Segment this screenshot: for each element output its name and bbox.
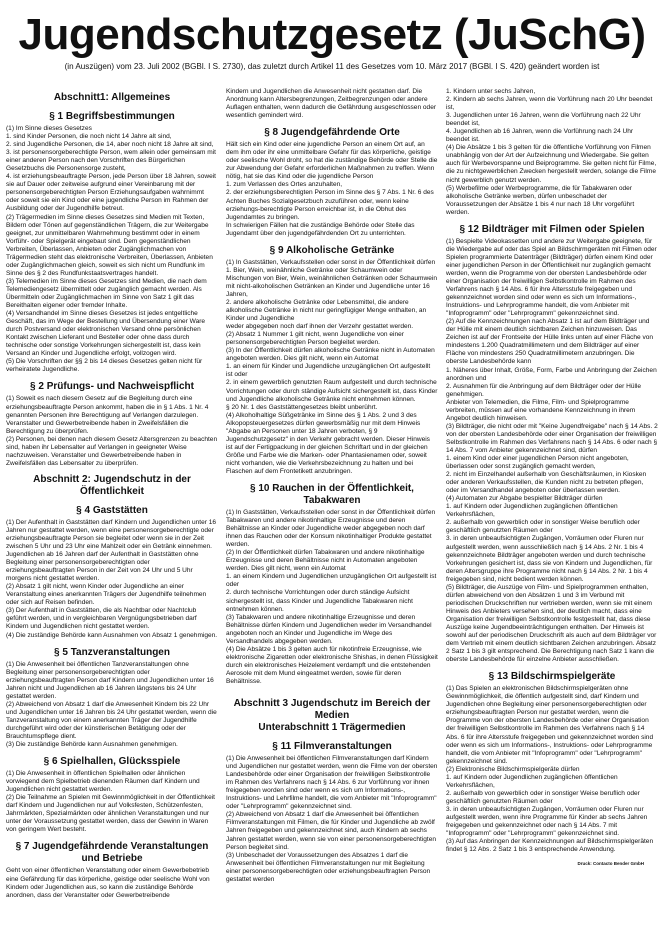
paragraph-10-text: (1) In Gaststätten, Verkaufsstellen oder…: [226, 509, 438, 686]
paragraph-heading-13: § 13 Bildschirmspielgeräte: [446, 671, 658, 683]
column-2: Kindern und Jugendlichen die Anwesenheit…: [226, 88, 438, 940]
text-line: 1. Kindern unter sechs Jahren,: [446, 88, 658, 96]
text-line: weder abgegeben noch darf ihnen der Verz…: [226, 323, 438, 331]
text-line: (5) Werbefilme oder Werbeprogramme, die …: [446, 185, 658, 217]
text-line: (3) Die zuständige Behörde kann Ausnahme…: [6, 741, 218, 749]
text-line: (1) Im Sinne dieses Gesetzes: [6, 125, 218, 133]
text-line: (4) Versandhandel im Sinne dieses Gesetz…: [6, 310, 218, 358]
section-heading-abschnitt-1: Abschnitt1: Allgemeines: [6, 92, 218, 104]
paragraph-heading-4: § 4 Gaststätten: [6, 505, 218, 517]
text-line: (3) In der Öffentlichkeit dürfen alkohol…: [226, 347, 438, 363]
text-line: (3) Unbeschadet der Voraussetzungen des …: [226, 852, 438, 884]
paragraph-9-text: (1) In Gaststätten, Verkaufsstellen oder…: [226, 259, 438, 476]
text-line: (5) Bildträger, die Auszüge von Film- un…: [446, 584, 658, 664]
text-line: (1) Die Anwesenheit in öffentlichen Spie…: [6, 770, 218, 794]
text-line: (1) In Gaststätten, Verkaufsstellen oder…: [226, 509, 438, 549]
text-line: 1. Näheres über Inhalt, Größe, Form, Far…: [446, 367, 658, 383]
text-line: (1) In Gaststätten, Verkaufsstellen oder…: [226, 259, 438, 267]
text-line: 2. außerhalb von gewerblich oder in sons…: [446, 790, 658, 806]
text-line: (1) Bespielte Videokassetten und andere …: [446, 238, 658, 318]
document-title: Jugendschutzgesetz (JuSchG): [0, 0, 664, 58]
paragraph-heading-8: § 8 Jugendgefährdende Orte: [226, 127, 438, 139]
section-heading-abschnitt-2: Abschnitt 2: Jugendschutz in der Öffentl…: [6, 474, 218, 498]
text-line: (4) Die Absätze 1 bis 3 gelten auch für …: [226, 646, 438, 686]
paragraph-heading-6: § 6 Spielhallen, Glücksspiele: [6, 756, 218, 768]
text-line: (2) Trägermedien im Sinne dieses Gesetze…: [6, 214, 218, 278]
text-line: (2) Personen, bei denen nach diesem Gese…: [6, 436, 218, 468]
paragraph-4-text: (1) Der Aufenthalt in Gaststätten darf K…: [6, 519, 218, 640]
paragraph-1-text: (1) Im Sinne dieses Gesetzes1. sind Kind…: [6, 125, 218, 374]
column-1: Abschnitt1: Allgemeines § 1 Begriffsbest…: [6, 88, 218, 940]
text-line: (2) Absatz 1 gilt nicht, wenn Kinder ode…: [6, 583, 218, 607]
text-line: 1. an einem für Kinder und Jugendliche u…: [226, 363, 438, 379]
paragraph-5-text: (1) Die Anwesenheit bei öffentlichen Tan…: [6, 661, 218, 750]
document-page: Jugendschutzgesetz (JuSchG) (in Auszügen…: [0, 0, 664, 940]
text-line: 3. in deren unbeaufsichtigten Zugängen, …: [446, 535, 658, 583]
paragraph-6-text: (1) Die Anwesenheit in öffentlichen Spie…: [6, 770, 218, 834]
text-line: (1) Soweit es nach diesem Gesetz auf die…: [6, 395, 218, 435]
text-line: (3) Bildträger, die nicht oder mit "Kein…: [446, 423, 658, 455]
paragraph-13-text: (1) Das Spielen an elektronischen Bildsc…: [446, 685, 658, 854]
text-line: 2. sind Jugendliche Personen, die 14, ab…: [6, 141, 218, 149]
text-line: 2. durch technische Vorrichtungen oder d…: [226, 589, 438, 613]
text-line: (1) Das Spielen an elektronischen Bildsc…: [446, 685, 658, 765]
text-line: (1) Die Anwesenheit bei öffentlichen Tan…: [6, 661, 218, 701]
paragraph-heading-5: § 5 Tanzveranstaltungen: [6, 647, 218, 659]
text-line: (2) Abweichend von Absatz 1 darf die Anw…: [6, 701, 218, 741]
paragraph-heading-11: § 11 Filmveranstaltungen: [226, 741, 438, 753]
text-line: § 20 Nr. 1 des Gaststättengesetzes bleib…: [226, 404, 438, 412]
paragraph-heading-12: § 12 Bildträger mit Filmen oder Spielen: [446, 224, 658, 236]
paragraph-8-text: Hält sich ein Kind oder eine jugendliche…: [226, 141, 438, 238]
text-line: (1) Die Anwesenheit bei öffentlichen Fil…: [226, 755, 438, 811]
text-line: (3) Auf das Anbringen der Kennzeichnunge…: [446, 838, 658, 854]
text-line: (4) Die zuständige Behörde kann Ausnahme…: [6, 632, 218, 640]
text-line: 1. auf Kindern oder Jugendlichen zugängl…: [446, 774, 658, 790]
text-line: 3. in deren unbeaufsichtigten Zugängen, …: [446, 806, 658, 838]
paragraph-7-text: Geht von einer öffentlichen Veranstaltun…: [6, 867, 218, 899]
text-line: In schwierigen Fällen hat die zuständige…: [226, 222, 438, 238]
text-line: (2) Abweichend von Absatz 1 darf die Anw…: [226, 811, 438, 851]
section-heading-abschnitt-3: Abschnitt 3 Jugendschutz im Bereich der …: [226, 698, 438, 722]
text-line: 2. andere alkoholische Getränke oder Leb…: [226, 299, 438, 323]
text-line: (3) Tabakwaren und andere nikotinhaltige…: [226, 614, 438, 646]
text-line: 1. sind Kinder Personen, die noch nicht …: [6, 133, 218, 141]
text-line: (3) Der Aufenthalt in Gaststätten, die a…: [6, 607, 218, 631]
document-subtitle: (in Auszügen) vom 23. Juli 2002 (BGBl. I…: [0, 61, 664, 72]
text-line: (2) Elektronische Bildschirmspielgeräte …: [446, 766, 658, 774]
paragraph-heading-7: § 7 Jugendgefährdende Veranstaltungen un…: [6, 841, 218, 865]
text-line: 2. in einem gewerblich genutzten Raum au…: [226, 379, 438, 403]
text-line: (4) Alkoholhaltige Süßgetränke im Sinne …: [226, 412, 438, 476]
text-line: 3. Jugendlichen unter 16 Jahren, wenn di…: [446, 112, 658, 128]
column-3: 1. Kindern unter sechs Jahren,2. Kindern…: [446, 88, 658, 940]
text-line: 1. Bier, Wein, weinähnliche Getränke ode…: [226, 267, 438, 299]
paragraph-11-continued: 1. Kindern unter sechs Jahren,2. Kindern…: [446, 88, 658, 217]
text-line: 2. Kindern ab sechs Jahren, wenn die Vor…: [446, 96, 658, 112]
paragraph-heading-9: § 9 Alkoholische Getränke: [226, 245, 438, 257]
text-line: (2) In der Öffentlichkeit dürfen Tabakwa…: [226, 549, 438, 573]
paragraph-7-continued: Kindern und Jugendlichen die Anwesenheit…: [226, 88, 438, 120]
subsection-heading-traegermedien: Unterabschnitt 1 Trägermedien: [226, 722, 438, 734]
text-line: 1. einem Kind oder einer jugendlichen Pe…: [446, 455, 658, 471]
text-line: (1) Der Aufenthalt in Gaststätten darf K…: [6, 519, 218, 583]
text-line: 1. an einem Kindern und Jugendlichen unz…: [226, 573, 438, 589]
printer-credit: Druck: Contacto Bender GmbH: [446, 860, 658, 868]
paragraph-heading-1: § 1 Begriffsbestimmungen: [6, 111, 218, 123]
text-line: 2. außerhalb von gewerblich oder in sons…: [446, 519, 658, 535]
text-line: (4) Die Absätze 1 bis 3 gelten für die ö…: [446, 144, 658, 184]
text-line: (4) Automaten zur Abgabe bespielter Bild…: [446, 495, 658, 503]
paragraph-heading-10: § 10 Rauchen in der Öffentlichkeit, Taba…: [226, 483, 438, 507]
text-line: 4. Jugendlichen ab 16 Jahren, wenn die V…: [446, 128, 658, 144]
text-line: (2) Absatz 1 Nummer 1 gilt nicht, wenn J…: [226, 331, 438, 347]
text-line: (3) Telemedien im Sinne dieses Gesetzes …: [6, 278, 218, 310]
paragraph-12-text: (1) Bespielte Videokassetten und andere …: [446, 238, 658, 664]
text-line: Anbieter von Telemedien, die Filme, Film…: [446, 399, 658, 423]
text-line: Hält sich ein Kind oder eine jugendliche…: [226, 141, 438, 181]
text-line: Geht von einer öffentlichen Veranstaltun…: [6, 867, 218, 899]
paragraph-heading-2: § 2 Prüfungs- und Nachweispflicht: [6, 381, 218, 393]
text-line: (5) Die Vorschriften der §§ 2 bis 14 die…: [6, 358, 218, 374]
text-line: 1. auf Kindern oder Jugendlichen zugängl…: [446, 503, 658, 519]
text-line: 2. Ausnahmen für die Anbringung auf dem …: [446, 383, 658, 399]
text-line: Kindern und Jugendlichen die Anwesenheit…: [226, 88, 438, 120]
text-line: 4. ist erziehungsbeauftragte Person, jed…: [6, 173, 218, 213]
paragraph-11-text: (1) Die Anwesenheit bei öffentlichen Fil…: [226, 755, 438, 884]
text-line: (2) Auf die Kennzeichnungen nach Absatz …: [446, 318, 658, 366]
text-line: 2. der erziehungsberechtigten Person im …: [226, 189, 438, 221]
text-line: 2. nicht im Einzelhandel außerhalb von G…: [446, 471, 658, 495]
text-line: (2) Die Teilnahme an Spielen mit Gewinnm…: [6, 794, 218, 834]
paragraph-2-text: (1) Soweit es nach diesem Gesetz auf die…: [6, 395, 218, 467]
text-line: 1. zum Verlassen des Ortes anzuhalten,: [226, 181, 438, 189]
text-line: 3. ist personensorgeberechtigte Person, …: [6, 149, 218, 173]
columns: Abschnitt1: Allgemeines § 1 Begriffsbest…: [6, 88, 658, 940]
